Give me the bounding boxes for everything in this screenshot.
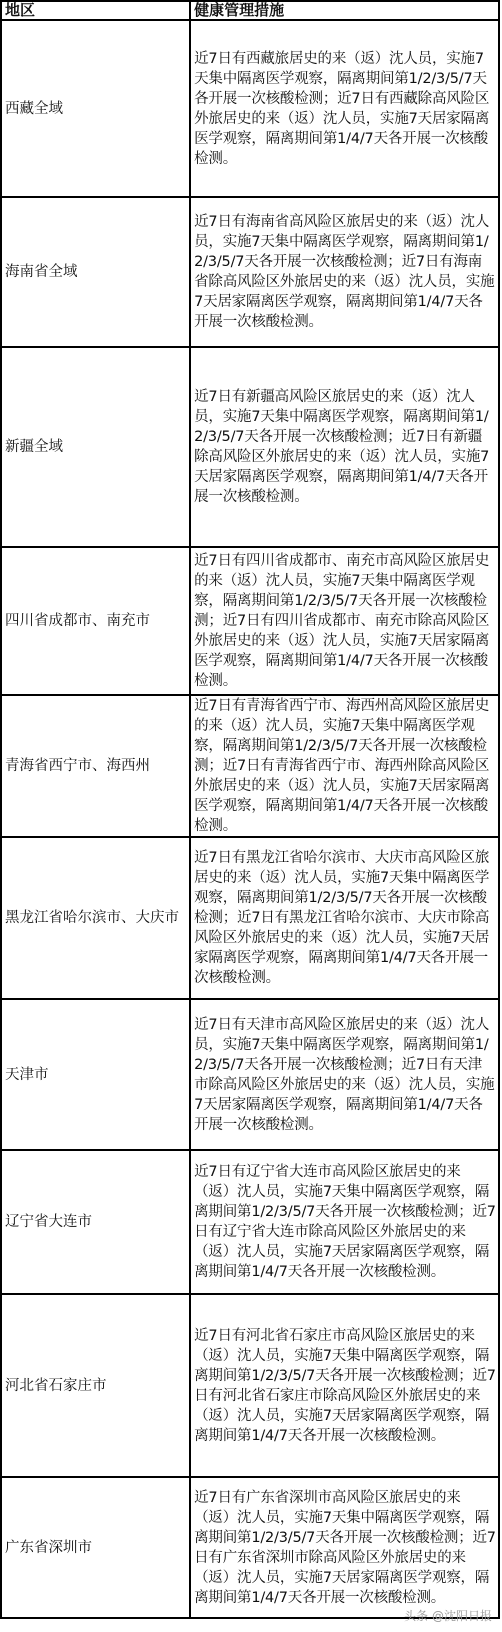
health-measures-table: 地区 健康管理措施 西藏全域 近7日有西藏旅居史的来（返）沈人员，实施7天集中隔… (0, 0, 500, 1619)
table-row: 天津市 近7日有天津市高风险区旅居史的来（返）沈人员，实施7天集中隔离医学观察，… (1, 999, 499, 1150)
region-cell: 海南省全域 (1, 197, 190, 347)
table-row: 新疆全域 近7日有新疆高风险区旅居史的来（返）沈人员，实施7天集中隔离医学观察，… (1, 347, 499, 547)
page: 地区 健康管理措施 西藏全域 近7日有西藏旅居史的来（返）沈人员，实施7天集中隔… (0, 0, 502, 1632)
measure-cell: 近7日有辽宁省大连市高风险区旅居史的来（返）沈人员，实施7天集中隔离医学观察，隔… (190, 1150, 499, 1294)
table-body: 西藏全域 近7日有西藏旅居史的来（返）沈人员，实施7天集中隔离医学观察，隔离期间… (1, 20, 499, 1618)
table-row: 青海省西宁市、海西州 近7日有青海省西宁市、海西州高风险区旅居史的来（返）沈人员… (1, 695, 499, 837)
region-cell: 西藏全域 (1, 20, 190, 197)
table-row: 广东省深圳市 近7日有广东省深圳市高风险区旅居史的来（返）沈人员，实施7天集中隔… (1, 1477, 499, 1618)
table-row: 海南省全域 近7日有海南省高风险区旅居史的来（返）沈人员，实施7天集中隔离医学观… (1, 197, 499, 347)
measure-cell: 近7日有新疆高风险区旅居史的来（返）沈人员，实施7天集中隔离医学观察，隔离期间第… (190, 347, 499, 547)
table-row: 黑龙江省哈尔滨市、大庆市 近7日有黑龙江省哈尔滨市、大庆市高风险区旅居史的来（返… (1, 837, 499, 999)
region-cell: 新疆全域 (1, 347, 190, 547)
table-row: 辽宁省大连市 近7日有辽宁省大连市高风险区旅居史的来（返）沈人员，实施7天集中隔… (1, 1150, 499, 1294)
region-cell: 四川省成都市、南充市 (1, 547, 190, 695)
measure-cell: 近7日有广东省深圳市高风险区旅居史的来（返）沈人员，实施7天集中隔离医学观察，隔… (190, 1477, 499, 1618)
measure-cell: 近7日有海南省高风险区旅居史的来（返）沈人员，实施7天集中隔离医学观察，隔离期间… (190, 197, 499, 347)
region-cell: 天津市 (1, 999, 190, 1150)
table-header-row: 地区 健康管理措施 (1, 1, 499, 20)
measure-cell: 近7日有四川省成都市、南充市高风险区旅居史的来（返）沈人员，实施7天集中隔离医学… (190, 547, 499, 695)
table-row: 河北省石家庄市 近7日有河北省石家庄市高风险区旅居史的来（返）沈人员，实施7天集… (1, 1294, 499, 1477)
measure-cell: 近7日有河北省石家庄市高风险区旅居史的来（返）沈人员，实施7天集中隔离医学观察，… (190, 1294, 499, 1477)
table-row: 四川省成都市、南充市 近7日有四川省成都市、南充市高风险区旅居史的来（返）沈人员… (1, 547, 499, 695)
region-cell: 河北省石家庄市 (1, 1294, 190, 1477)
measure-cell: 近7日有西藏旅居史的来（返）沈人员，实施7天集中隔离医学观察，隔离期间第1/2/… (190, 20, 499, 197)
header-region: 地区 (1, 1, 190, 20)
header-measure: 健康管理措施 (190, 1, 499, 20)
region-cell: 黑龙江省哈尔滨市、大庆市 (1, 837, 190, 999)
measure-cell: 近7日有青海省西宁市、海西州高风险区旅居史的来（返）沈人员，实施7天集中隔离医学… (190, 695, 499, 837)
region-cell: 青海省西宁市、海西州 (1, 695, 190, 837)
source-watermark: 头条 @沈阳日报 (404, 1607, 492, 1624)
measure-cell: 近7日有黑龙江省哈尔滨市、大庆市高风险区旅居史的来（返）沈人员，实施7天集中隔离… (190, 837, 499, 999)
table-row: 西藏全域 近7日有西藏旅居史的来（返）沈人员，实施7天集中隔离医学观察，隔离期间… (1, 20, 499, 197)
region-cell: 辽宁省大连市 (1, 1150, 190, 1294)
measure-cell: 近7日有天津市高风险区旅居史的来（返）沈人员，实施7天集中隔离医学观察，隔离期间… (190, 999, 499, 1150)
region-cell: 广东省深圳市 (1, 1477, 190, 1618)
